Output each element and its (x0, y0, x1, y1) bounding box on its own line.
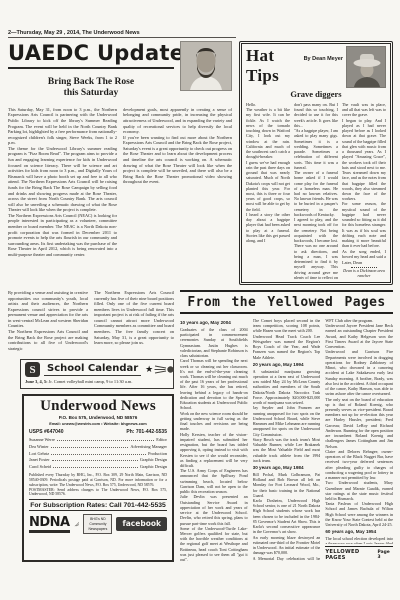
yellowed-pages-col3: WFT Club after the program. Underwood Ja… (325, 318, 393, 562)
hat-tips-col3: The vault was in place, and all that was… (342, 102, 386, 279)
dot-leader (53, 467, 138, 468)
masthead-contact: Email: unews@westriv.com • Website: bhgn… (29, 421, 167, 426)
calendar-entry-text: Jr. Comet volleyball mini camp, 9 to 11:… (48, 379, 133, 384)
uaedc-headline-line2: this Saturday (8, 88, 174, 99)
calendar-entry-date: June 3, 4, 5: (25, 379, 48, 384)
school-logo-icon: S (25, 362, 40, 377)
facebook-logo: facebook (116, 517, 167, 531)
hat-tips-byline: By Dean Meyer (304, 56, 343, 62)
continued-jump-line: YELLOWED PAGES Page 3 (325, 546, 393, 562)
yellowed-pages-col2: The Comet boys placed second in the team… (253, 318, 321, 562)
uaedc-title-block: UAEDC Update Bring Back The Rose this Sa… (8, 41, 174, 99)
uaedc-cont-col2: The Northern Expressions Arts Council cu… (94, 290, 174, 354)
decade-text: The local school election developed into… (325, 536, 393, 544)
decade-text: A substantial marijuana growing operatio… (253, 369, 321, 463)
uaedc-body: This Saturday, May 31, from noon to 3 p.… (8, 107, 232, 285)
hat-tips-author-credit: Dean is a Dickinson area rancher (342, 269, 386, 279)
article-uaedc-update: UAEDC Update Bring Back The Rose this Sa… (8, 41, 232, 285)
hat-tips-headline: Grave diggers (246, 89, 386, 99)
decade-text: Bill Prchal, Mark Golbranson, Pat Hollan… (253, 472, 321, 562)
uaedc-continuation: By providing a venue and assisting in cr… (8, 290, 174, 354)
decade-text: Graduates of the class of 2004 participa… (180, 327, 248, 562)
subscription-rates-bar: For Subscription Rates: Call 701-442-553… (29, 499, 167, 511)
masthead-box: Underwood News P.O. Box 575, Underwood, … (22, 394, 174, 562)
yellowed-pages-body: 10 years ago, May 2004 Graduates of the … (180, 318, 393, 562)
staff-row: Janet FosterGraphic Design (29, 457, 167, 464)
school-calendar-header: S School Calendar ★ (25, 362, 169, 377)
article-hat-tips: Hat Tips By Dean Meyer Grave diggers Hel… (239, 41, 393, 285)
yellowed-pages-col1: 10 years ago, May 2004 Graduates of the … (180, 318, 248, 562)
hat-tips-col3-text: The vault was in place, and all that was… (342, 102, 386, 259)
staff-row: Dea WinterAdvertising Manager (29, 444, 167, 451)
ndna-logo-bar (29, 530, 70, 533)
decade-heading: 60 years ago, May 1954 (325, 529, 393, 535)
uaedc-column-title: UAEDC Update (8, 41, 174, 69)
wheat-icon (74, 518, 80, 530)
masthead-address: P.O. Box 575, Underwood, ND 58576 (29, 415, 167, 420)
uaedc-headline: Bring Back The Rose this Saturday (8, 77, 174, 99)
staff-name: Dea Winter (29, 444, 49, 451)
columnist-portrait-photo (180, 41, 232, 91)
uaedc-body-col1: This Saturday, May 31, from noon to 3 p.… (8, 107, 117, 285)
hat-tips-header: Hat Tips By Dean Meyer (246, 46, 386, 88)
staff-row: Lori GehrtzProduction (29, 451, 167, 458)
decade-heading: 10 years ago, May 2004 (180, 320, 248, 326)
top-section: UAEDC Update Bring Back The Rose this Sa… (8, 41, 393, 285)
uaedc-cont-col1: By providing a venue and assisting in cr… (8, 290, 88, 354)
section-yellowed-pages: From the Yellowed Pages 10 years ago, Ma… (180, 290, 393, 562)
staff-row: Carol ScheidGraphic Design (29, 464, 167, 471)
yellowed-pages-title: From the Yellowed Pages (180, 290, 393, 314)
hat-tips-body: Hello. The weather is a bit like my firs… (246, 102, 386, 279)
bhg-community-newspapers-badge: BHG's ND Community Newspapers (83, 514, 112, 534)
decade-text: The Comet boys placed second in the team… (253, 318, 321, 360)
school-calendar-title: School Calendar (44, 363, 141, 376)
hat-tips-signoff: Later, Dean (342, 260, 386, 266)
page-folio: 2—Thursday, May 29 , 2014, The Underwood… (8, 30, 236, 38)
uaedc-headline-line1: Bring Back The Rose (8, 77, 174, 88)
star-icon: ★ (145, 365, 153, 374)
masthead-fine-print: Published every Thursday by BHG, Inc., P… (29, 473, 167, 498)
jump-page: Page 3 (378, 550, 393, 561)
phone-number: Ph: 701-442-5535 (126, 429, 167, 435)
decade-heading: 30 years ago, May 1984 (253, 465, 321, 471)
hat-tips-col2: don't pass many on. But I found this so … (294, 102, 338, 279)
masthead-usps-phone-row: USPS #647040 Ph: 701-442-5535 (29, 429, 167, 435)
decade-heading: 20 years ago, May 1994 (253, 362, 321, 368)
staff-row: Suzanne WerreEditor (29, 437, 167, 444)
dot-leader (51, 454, 146, 455)
school-calendar-box: S School Calendar ★ June 3, 4, 5: Jr. Co… (20, 359, 174, 389)
left-column-stack: By providing a venue and assisting in cr… (8, 290, 174, 562)
dot-leader (52, 460, 138, 461)
usps-number: USPS #647040 (29, 429, 63, 435)
staff-name: Janet Foster (29, 457, 50, 464)
comet-icon (154, 364, 176, 375)
newspaper-name: Underwood News (29, 399, 167, 415)
staff-name: Suzanne Werre (29, 437, 55, 444)
ndna-logo: NDNA (29, 516, 70, 533)
calendar-entry: June 3, 4, 5: Jr. Comet volleyball mini … (25, 379, 169, 385)
dot-leader (51, 447, 129, 448)
newspaper-page: 2—Thursday, May 29 , 2014, The Underwood… (0, 0, 400, 600)
staff-name: Carol Scheid (29, 464, 51, 471)
uaedc-body-col2: development goals, most apparently in cr… (123, 107, 232, 285)
hat-tips-col1: Hello. The weather is a bit like my firs… (246, 102, 290, 279)
jump-label: YELLOWED PAGES (325, 549, 377, 562)
dot-leader (57, 440, 154, 441)
yellowed-pages-col3-text: WFT Club after the program. Underwood Ja… (325, 318, 393, 544)
staff-role: Editor (156, 437, 167, 444)
bottom-section: By providing a venue and assisting in cr… (8, 290, 393, 562)
staff-name: Lori Gehrtz (29, 451, 49, 458)
staff-role: Production (148, 451, 167, 458)
decade-text: WFT Club after the program. Underwood Ja… (325, 318, 393, 527)
staff-role: Graphic Design (140, 457, 167, 464)
uaedc-header: UAEDC Update Bring Back The Rose this Sa… (8, 41, 232, 99)
cowboy-portrait-photo (346, 46, 386, 88)
hat-tips-title: Hat Tips (246, 46, 301, 86)
staff-role: Advertising Manager (130, 444, 167, 451)
masthead-logos-row: NDNA BHG's ND Community Newspapers faceb… (29, 514, 167, 534)
staff-role: Graphic Design (140, 464, 167, 471)
staff-list: Suzanne WerreEditor Dea WinterAdvertisin… (29, 437, 167, 470)
calendar-art: ★ (145, 364, 176, 375)
